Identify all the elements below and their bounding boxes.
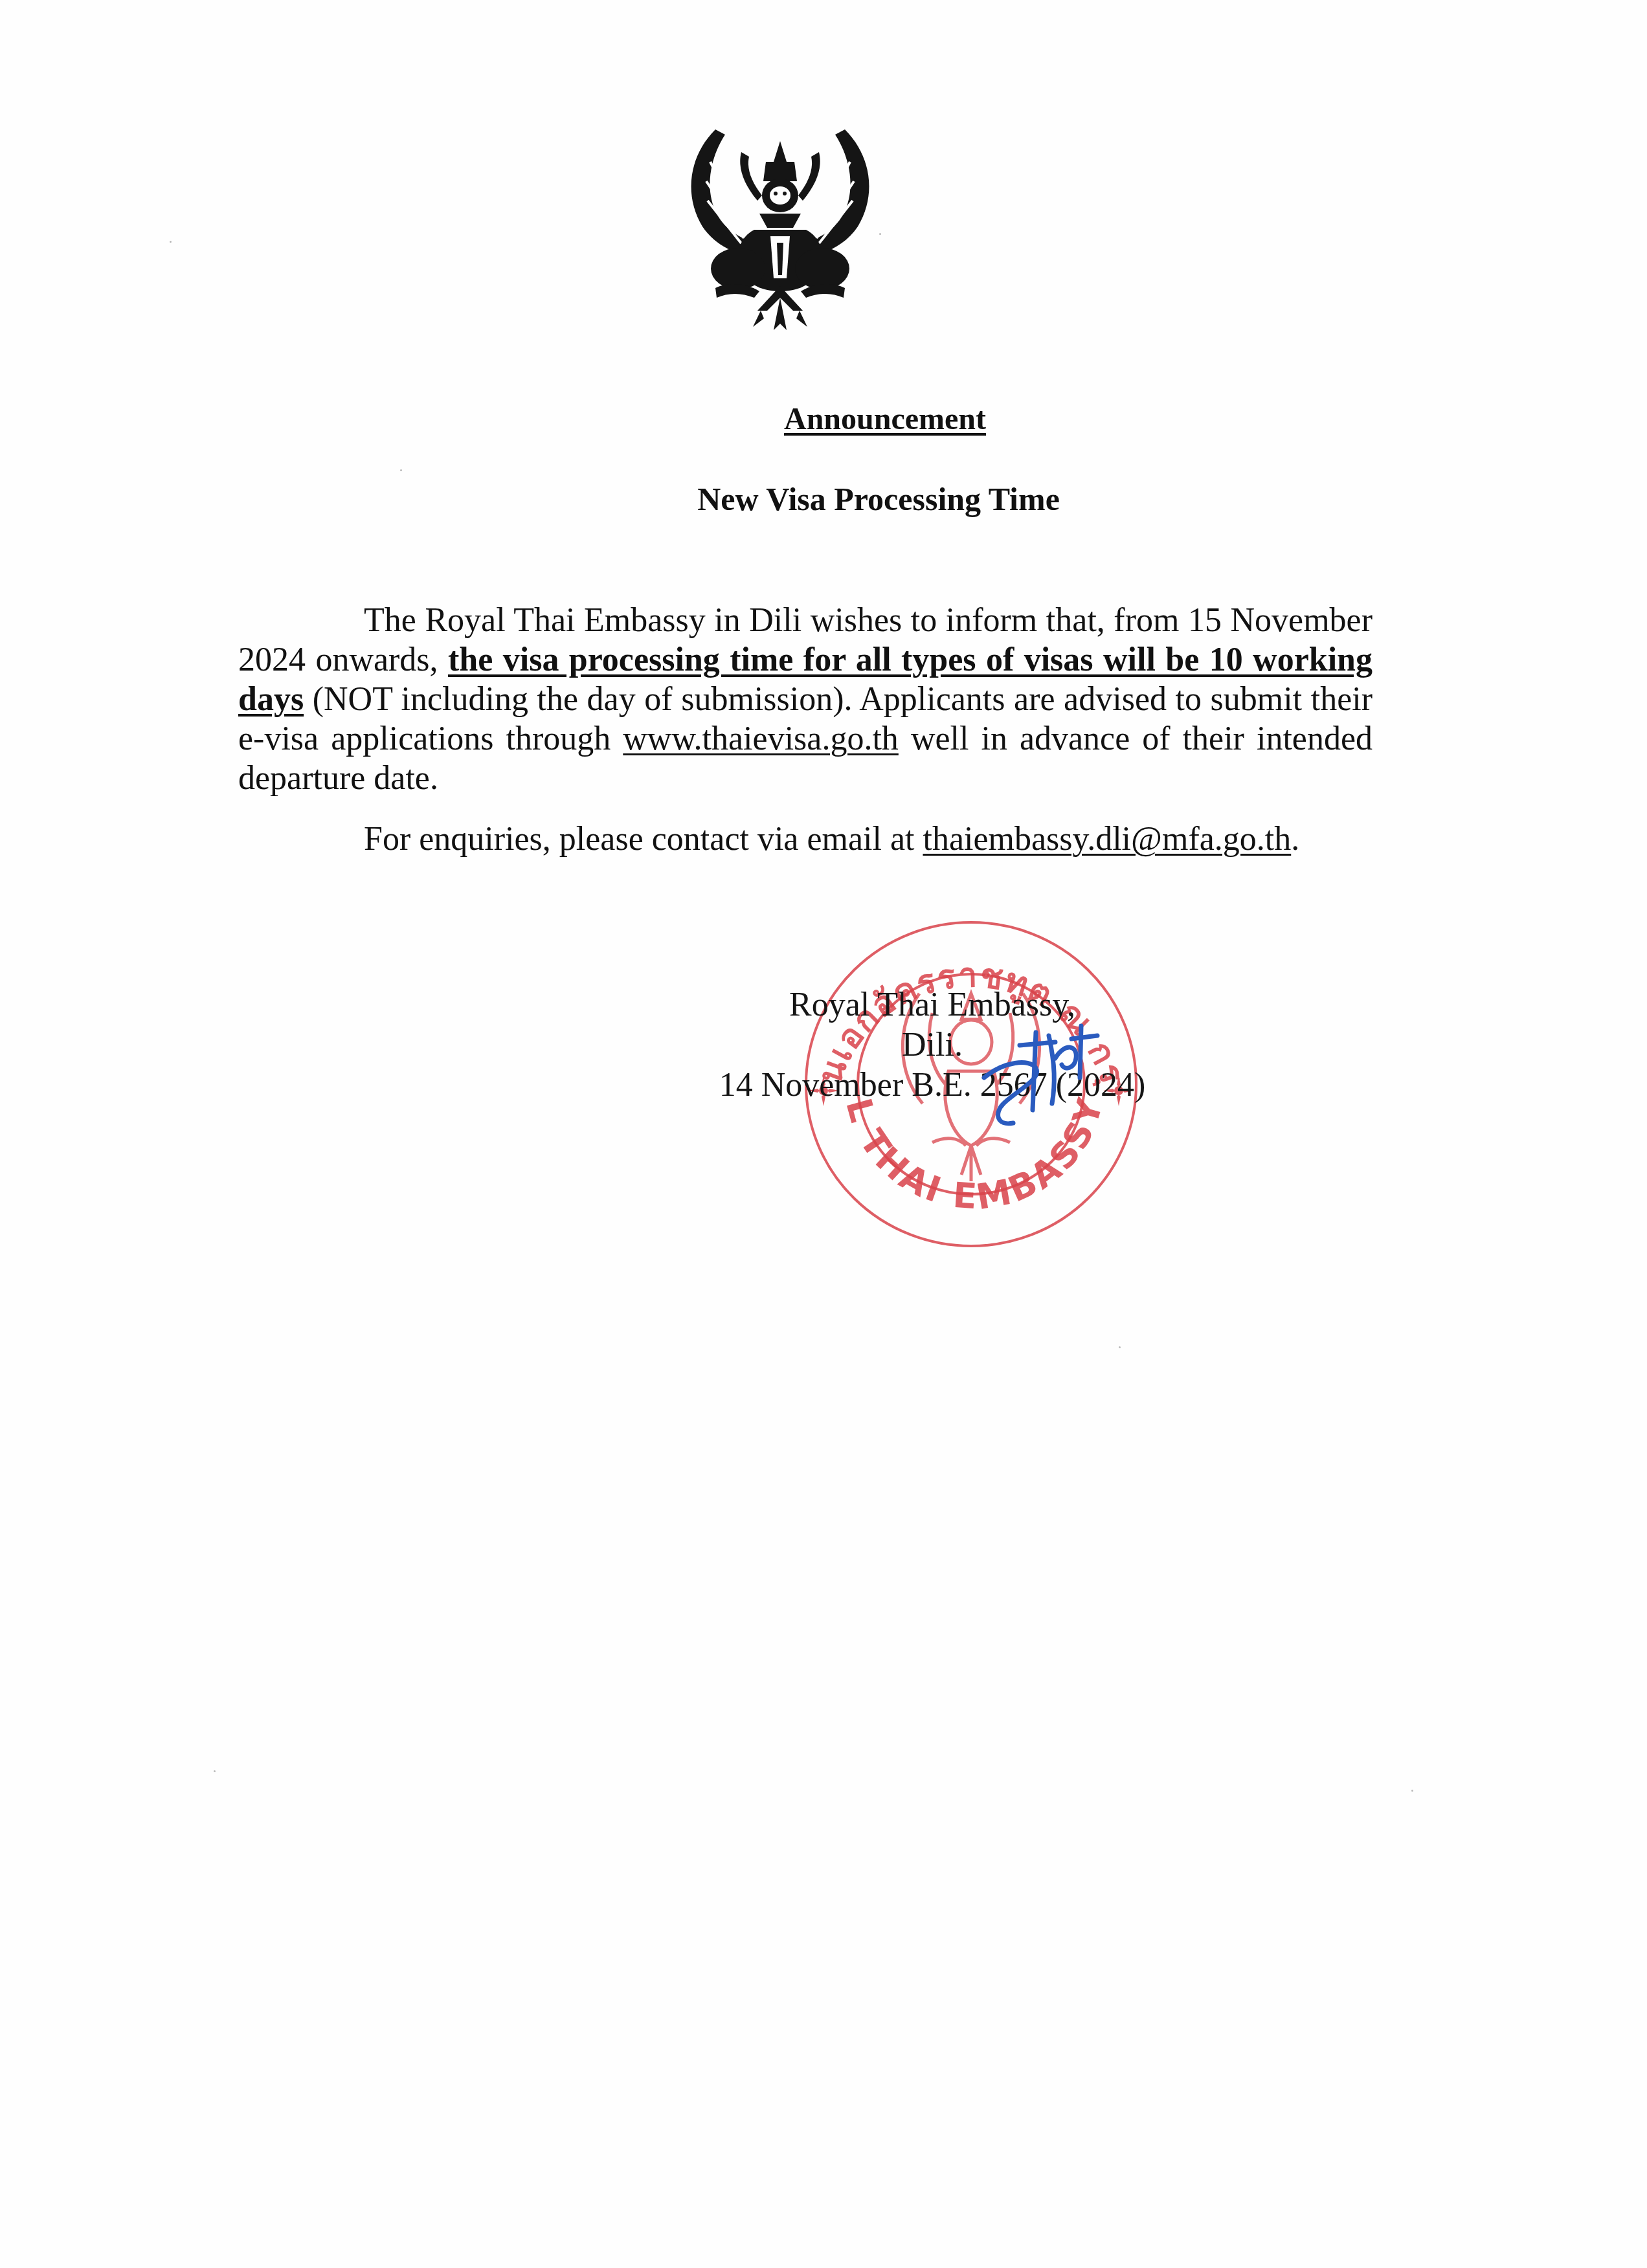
garuda-emblem-icon <box>677 117 884 337</box>
handwritten-signature-icon <box>958 1006 1120 1136</box>
announcement-heading: Announcement <box>0 400 1647 439</box>
scan-speck <box>400 469 402 471</box>
email-link[interactable]: thaiembassy.dli@mfa.go.th <box>923 821 1291 858</box>
document-page: Announcement New Visa Processing Time Th… <box>0 0 1647 2268</box>
announcement-body: The Royal Thai Embassy in Dili wishes to… <box>238 601 1372 798</box>
enquiry-line: For enquiries, please contact via email … <box>364 819 1299 859</box>
scan-speck <box>1119 1346 1121 1348</box>
website-link[interactable]: www.thaievisa.go.th <box>623 720 899 757</box>
enquiry-text: For enquiries, please contact via email … <box>364 821 923 858</box>
scan-speck <box>170 241 172 243</box>
scan-speck <box>214 1770 216 1772</box>
announcement-heading-text: Announcement <box>784 402 986 436</box>
scan-speck <box>1411 1790 1413 1792</box>
enquiry-trailing: . <box>1291 821 1299 858</box>
announcement-subheading: New Visa Processing Time <box>0 479 1647 519</box>
